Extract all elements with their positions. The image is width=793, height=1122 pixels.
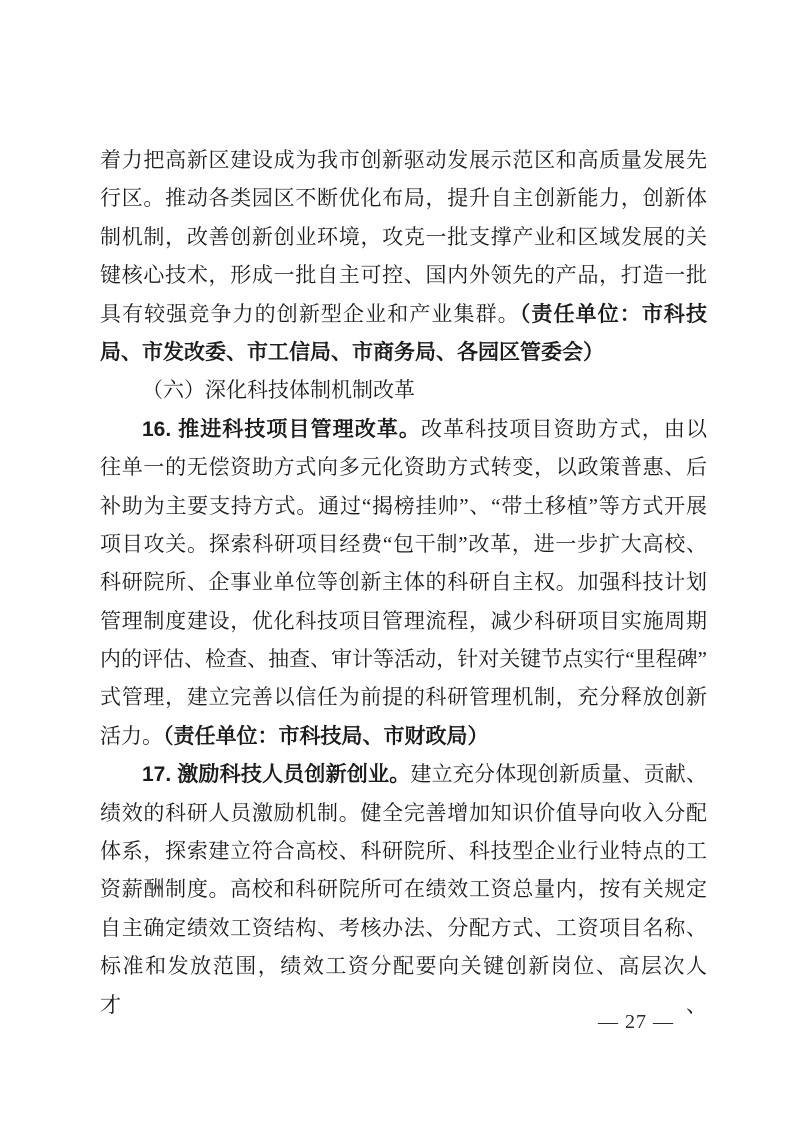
body-text-segment: 往单一的无偿资助方式向多元化资助方式转变，以政策普惠、后 [100,455,707,479]
text-line: 科研院所、企事业单位等创新主体的科研自主权。加强科技计划 [100,563,707,601]
text-line: 制机制，改善创新创业环境，攻克一批支撑产业和区域发展的关 [100,218,707,256]
text-line: 键核心技术，形成一批自主可控、国内外领先的产品，打造一批 [100,256,707,294]
body-text-segment: 制机制，改善创新创业环境，攻克一批支撑产业和区域发展的关 [100,225,707,249]
text-line: 局、市发改委、市工信局、市商务局、各园区管委会） [100,333,707,371]
text-line: 体系，探索建立符合高校、科研院所、科技型企业行业特点的工 [100,832,707,870]
body-text-segment: 绩效的科研人员激励机制。健全完善增加知识价值导向收入分配 [100,801,707,825]
section-heading-line: （六）深化科技体制机制改革 [100,371,707,409]
text-line: 内的评估、检查、抽查、审计等活动，针对关键节点实行“里程碑” [100,640,707,678]
page-number: — 27 — [598,1002,674,1042]
text-line: 资薪酬制度。高校和科研院所可在绩效工资总量内，按有关规定 [100,870,707,908]
document-page: 着力把高新区建设成为我市创新驱动发展示范区和高质量发展先 行区。推动各类园区不断… [0,0,793,1122]
body-text-segment: 项目攻关。探索科研项目经费“包干制”改革，进一步扩大高校、 [100,532,707,556]
item-heading-text-segment: 16. 推进科技项目管理改革。 [142,418,421,441]
text-line: 绩效的科研人员激励机制。健全完善增加知识价值导向收入分配 [100,794,707,832]
body-text-segment: 式管理，建立完善以信任为前提的科研管理机制，充分释放创新 [100,685,707,709]
body-text-segment: 内的评估、检查、抽查、审计等活动，针对关键节点实行“里程碑” [100,647,707,671]
body-text-segment: 活力。 [100,724,163,748]
text-line: 项目攻关。探索科研项目经费“包干制”改革，进一步扩大高校、 [100,525,707,563]
body-text-segment: 科研院所、企事业单位等创新主体的科研自主权。加强科技计划 [100,570,707,594]
text-line: 着力把高新区建设成为我市创新驱动发展示范区和高质量发展先 [100,141,707,179]
text-line: 往单一的无偿资助方式向多元化资助方式转变，以政策普惠、后 [100,448,707,486]
section-heading-text: （六）深化科技体制机制改革 [142,378,415,402]
body-text-segment: 管理制度建设，优化科技项目管理流程，减少科研项目实施周期 [100,609,707,633]
body-text-segment: 具有较强竞争力的创新型企业和产业集群。 [100,302,520,326]
body-text-segment: 补助为主要支持方式。通过“揭榜挂帅”、“带土移植”等方式开展 [100,494,707,518]
body-text-segment: 改革科技项目资助方式，由以 [421,417,707,441]
body-text-segment: 键核心技术，形成一批自主可控、国内外领先的产品，打造一批 [100,263,707,287]
responsible-unit-text-segment: 局、市发改委、市工信局、市商务局、各园区管委会） [100,341,604,364]
text-line: 16. 推进科技项目管理改革。改革科技项目资助方式，由以 [100,410,707,448]
text-line: 管理制度建设，优化科技项目管理流程，减少科研项目实施周期 [100,602,707,640]
body-text-segment: 着力把高新区建设成为我市创新驱动发展示范区和高质量发展先 [100,148,707,172]
text-line: 行区。推动各类园区不断优化布局，提升自主创新能力，创新体 [100,179,707,217]
page-body-text: 着力把高新区建设成为我市创新驱动发展示范区和高质量发展先 行区。推动各类园区不断… [100,141,707,986]
text-line: 补助为主要支持方式。通过“揭榜挂帅”、“带土移植”等方式开展 [100,487,707,525]
text-line: 具有较强竞争力的创新型企业和产业集群。（责任单位：市科技 [100,295,707,333]
body-text-segment: 自主确定绩效工资结构、考核办法、分配方式、工资项目名称、 [100,916,707,940]
body-text-segment: 资薪酬制度。高校和科研院所可在绩效工资总量内，按有关规定 [100,877,707,901]
item-heading-text-segment: 17. 激励科技人员创新创业。 [142,763,410,786]
text-line: 自主确定绩效工资结构、考核办法、分配方式、工资项目名称、 [100,909,707,947]
text-line: 17. 激励科技人员创新创业。建立充分体现创新质量、贡献、 [100,755,707,793]
text-line: 活力。（责任单位：市科技局、市财政局） [100,717,707,755]
body-text-segment: 行区。推动各类园区不断优化布局，提升自主创新能力，创新体 [100,186,707,210]
responsible-unit-text-segment: （责任单位：市科技 [520,303,707,326]
body-text-segment: 体系，探索建立符合高校、科研院所、科技型企业行业特点的工 [100,839,707,863]
text-line: 式管理，建立完善以信任为前提的科研管理机制，充分释放创新 [100,678,707,716]
body-text-segment: 建立充分体现创新质量、贡献、 [410,762,707,786]
responsible-unit-text-segment: （责任单位：市科技局、市财政局） [163,725,489,748]
text-line: 标准和发放范围，绩效工资分配要向关键创新岗位、高层次人才、 [100,947,707,985]
